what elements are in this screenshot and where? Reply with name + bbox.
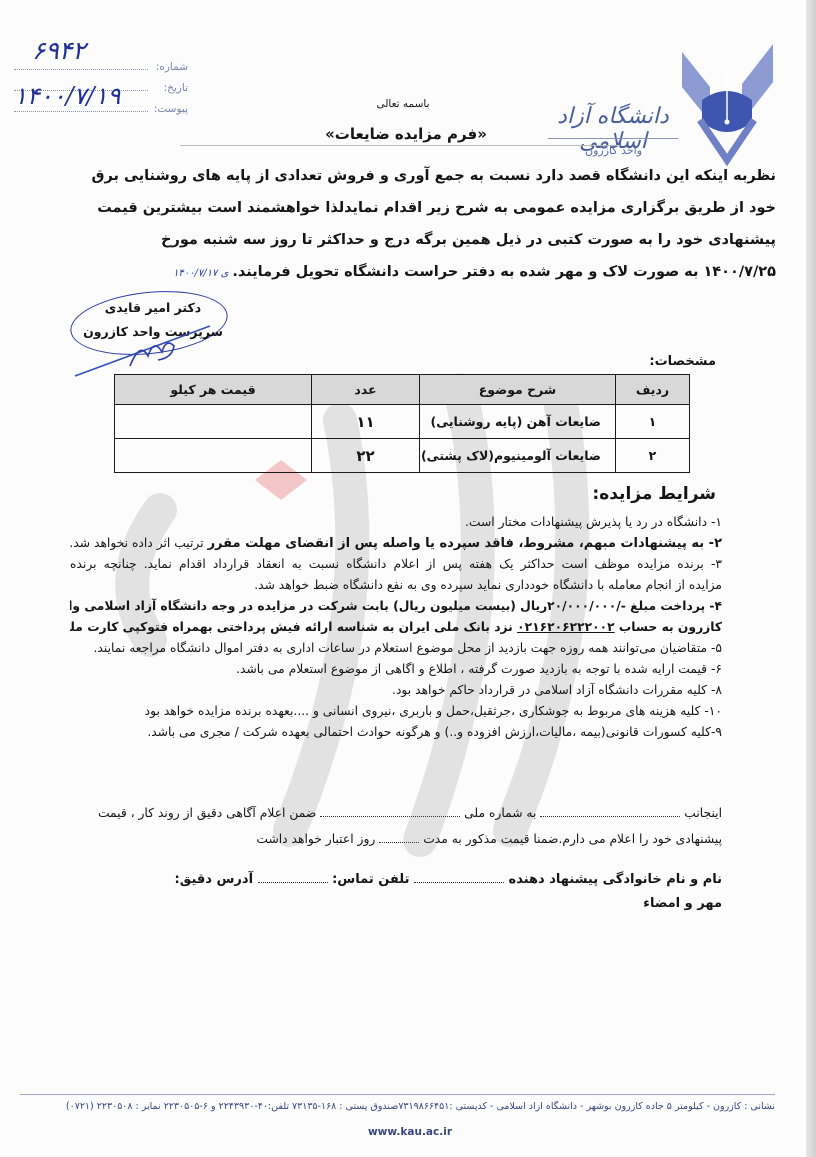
number-label: شماره: bbox=[148, 61, 188, 73]
term-2: ۲- به پیشنهادات مبهم، مشروط، فاقد سپرده … bbox=[70, 533, 722, 554]
col-header-index: ردیف bbox=[616, 375, 690, 405]
col-header-price-per-kg: قیمت هر کیلو bbox=[115, 375, 312, 405]
terms-title: شرایط مزایده: bbox=[520, 484, 716, 504]
bidder-contact-block: نام و نام خانوادگی پیشنهاد دهنده تلفن تم… bbox=[70, 868, 722, 916]
specs-table: ردیف شرح موضوع عدد قیمت هر کیلو ۱ ضایعات… bbox=[114, 374, 690, 473]
bidder-name-field[interactable] bbox=[540, 803, 680, 817]
cell-index: ۱ bbox=[616, 405, 690, 439]
letterhead-divider bbox=[548, 138, 678, 139]
signatory-name: دکتر امیر قایدی bbox=[78, 296, 228, 320]
term-2-rest: ترتیب اثر داده نخواهد شد. bbox=[70, 536, 208, 550]
table-row: ۲ ضایعات آلومینیوم(لاک پشتی) ۲۲ bbox=[115, 439, 690, 473]
handwritten-letter-number: ۶۹۴۲ bbox=[32, 36, 86, 65]
term-2-bold: ۲- به پیشنهادات مبهم، مشروط، فاقد سپرده … bbox=[208, 536, 722, 551]
bidder-line-2: پیشنهادی خود را اعلام می دارم.ضمنا قیمت … bbox=[70, 826, 722, 852]
cell-quantity: ۱۱ bbox=[312, 405, 420, 439]
term-3-line-2: مزایده از انجام معامله با دانشگاه خوددار… bbox=[70, 575, 722, 596]
bidder-fullname-field[interactable] bbox=[414, 869, 504, 883]
term-4-line-1: ۴- پرداخت مبلغ -/۲۰/۰۰۰/۰۰۰ریال (بیست می… bbox=[70, 596, 722, 617]
term-1: ۱- دانشگاه در رد یا پذیرش پیشنهادات مختا… bbox=[70, 512, 722, 533]
cell-index: ۲ bbox=[616, 439, 690, 473]
phone-label: تلفن تماس: bbox=[332, 872, 409, 887]
intro-line-4-text: ۱۴۰۰/۷/۲۵ به صورت لاک و مهر شده به دفتر … bbox=[232, 264, 776, 280]
col-header-quantity: عدد bbox=[312, 375, 420, 405]
university-logo-icon bbox=[680, 42, 775, 172]
term-6: ۶- قیمت ارایه شده با توجه به بازدید صورت… bbox=[70, 659, 722, 680]
specs-label: مشخصات: bbox=[652, 354, 716, 369]
document-title: «فرم مزایده ضایعات» bbox=[286, 125, 526, 143]
footer-address: نشانی : کازرون - کیلومتر ۵ جاده کازرون ب… bbox=[20, 1101, 775, 1112]
scanned-document-page: دانشگاه آزاد اسلامی واحد کازرون شماره: ت… bbox=[0, 0, 816, 1157]
validity-days-field[interactable] bbox=[379, 829, 419, 843]
term-8: ۸- کلیه مقررات دانشگاه آزاد اسلامی در قر… bbox=[70, 680, 722, 701]
terms-list: ۱- دانشگاه در رد یا پذیرش پیشنهادات مختا… bbox=[70, 512, 722, 743]
term-4-suffix: نزد بانک ملی ایران به شناسه ارائه فیش پر… bbox=[70, 620, 517, 634]
term-5: ۵- متقاضیان می‌توانند همه روزه جهت بازدی… bbox=[70, 638, 722, 659]
bidder-offer-text: پیشنهادی خود را اعلام می دارم.ضمنا قیمت … bbox=[423, 832, 722, 846]
cell-description: ضایعات آهن (پایه روشنایی) bbox=[420, 405, 616, 439]
term-3-line-1: ۳- برنده مزایده موظف است حداکثر یک هفته … bbox=[70, 554, 722, 575]
table-row: ۱ ضایعات آهن (پایه روشنایی) ۱۱ bbox=[115, 405, 690, 439]
national-id-field[interactable] bbox=[320, 803, 460, 817]
handwritten-signature-icon bbox=[70, 318, 220, 378]
contact-line: نام و نام خانوادگی پیشنهاد دهنده تلفن تم… bbox=[70, 868, 722, 892]
term-4-prefix: کازرون به حساب bbox=[615, 620, 722, 634]
bidder-fullname-label: نام و نام خانوادگی پیشنهاد دهنده bbox=[509, 872, 722, 887]
footer-website-link[interactable]: www.kau.ac.ir bbox=[340, 1126, 480, 1138]
table-header-row: ردیف شرح موضوع عدد قیمت هر کیلو bbox=[115, 375, 690, 405]
intro-line-1: نظربه اینکه این دانشگاه قصد دارد نسبت به… bbox=[70, 160, 776, 192]
cell-price-per-kg[interactable] bbox=[115, 405, 312, 439]
bank-account-number: ۰۲۱۶۲۰۶۲۲۲۰۰۲ bbox=[517, 620, 615, 634]
handwritten-letter-date: ۱۴۰۰/۷/۱۹ bbox=[14, 82, 120, 110]
cell-description: ضایعات آلومینیوم(لاک پشتی) bbox=[420, 439, 616, 473]
cell-quantity: ۲۲ bbox=[312, 439, 420, 473]
term-10: ۱۰- کلیه هزینه های مربوط به جوشکاری ،جرث… bbox=[70, 701, 722, 722]
date-label: تاریخ: bbox=[148, 82, 188, 94]
bidder-line-1: اینجانب به شماره ملی ضمن اعلام آگاهی دقی… bbox=[70, 800, 722, 826]
basmala: باسمه تعالی bbox=[338, 98, 468, 110]
attachment-label: پیوست: bbox=[148, 103, 188, 115]
scan-edge-shadow bbox=[806, 0, 816, 1157]
intro-line-3: پیشنهادی خود را به صورت کتبی در ذیل همین… bbox=[70, 224, 776, 256]
bidder-awareness-text: ضمن اعلام آگاهی دقیق از روند کار ، قیمت bbox=[98, 806, 316, 820]
intro-paragraph: نظربه اینکه این دانشگاه قصد دارد نسبت به… bbox=[70, 160, 776, 288]
intro-line-4: ۱۴۰۰/۷/۲۵ به صورت لاک و مهر شده به دفتر … bbox=[70, 256, 776, 288]
intro-line-2: خود از طریق برگزاری مزایده عمومی به شرح … bbox=[70, 192, 776, 224]
term-9: ۹-کلیه کسورات قانونی(بیمه ،مالیات،ارزش ا… bbox=[70, 722, 722, 743]
address-label: آدرس دقیق: bbox=[175, 872, 253, 887]
validity-suffix: روز اعتبار خواهد داشت bbox=[256, 832, 375, 846]
phone-field[interactable] bbox=[258, 869, 328, 883]
col-header-description: شرح موضوع bbox=[420, 375, 616, 405]
seal-signature-label: مهر و امضاء bbox=[70, 892, 722, 916]
term-4-line-2: کازرون به حساب ۰۲۱۶۲۰۶۲۲۲۰۰۲ نزد بانک مل… bbox=[70, 617, 722, 638]
national-id-label: به شماره ملی bbox=[464, 806, 536, 820]
bidder-declaration: اینجانب به شماره ملی ضمن اعلام آگاهی دقی… bbox=[70, 800, 722, 852]
cell-price-per-kg[interactable] bbox=[115, 439, 312, 473]
title-divider bbox=[180, 145, 620, 146]
handwritten-initial-date: ی ۱۴۰۰/۷/۱۷ bbox=[173, 268, 228, 279]
footer-divider bbox=[20, 1094, 775, 1095]
bidder-intro-label: اینجانب bbox=[684, 806, 722, 820]
